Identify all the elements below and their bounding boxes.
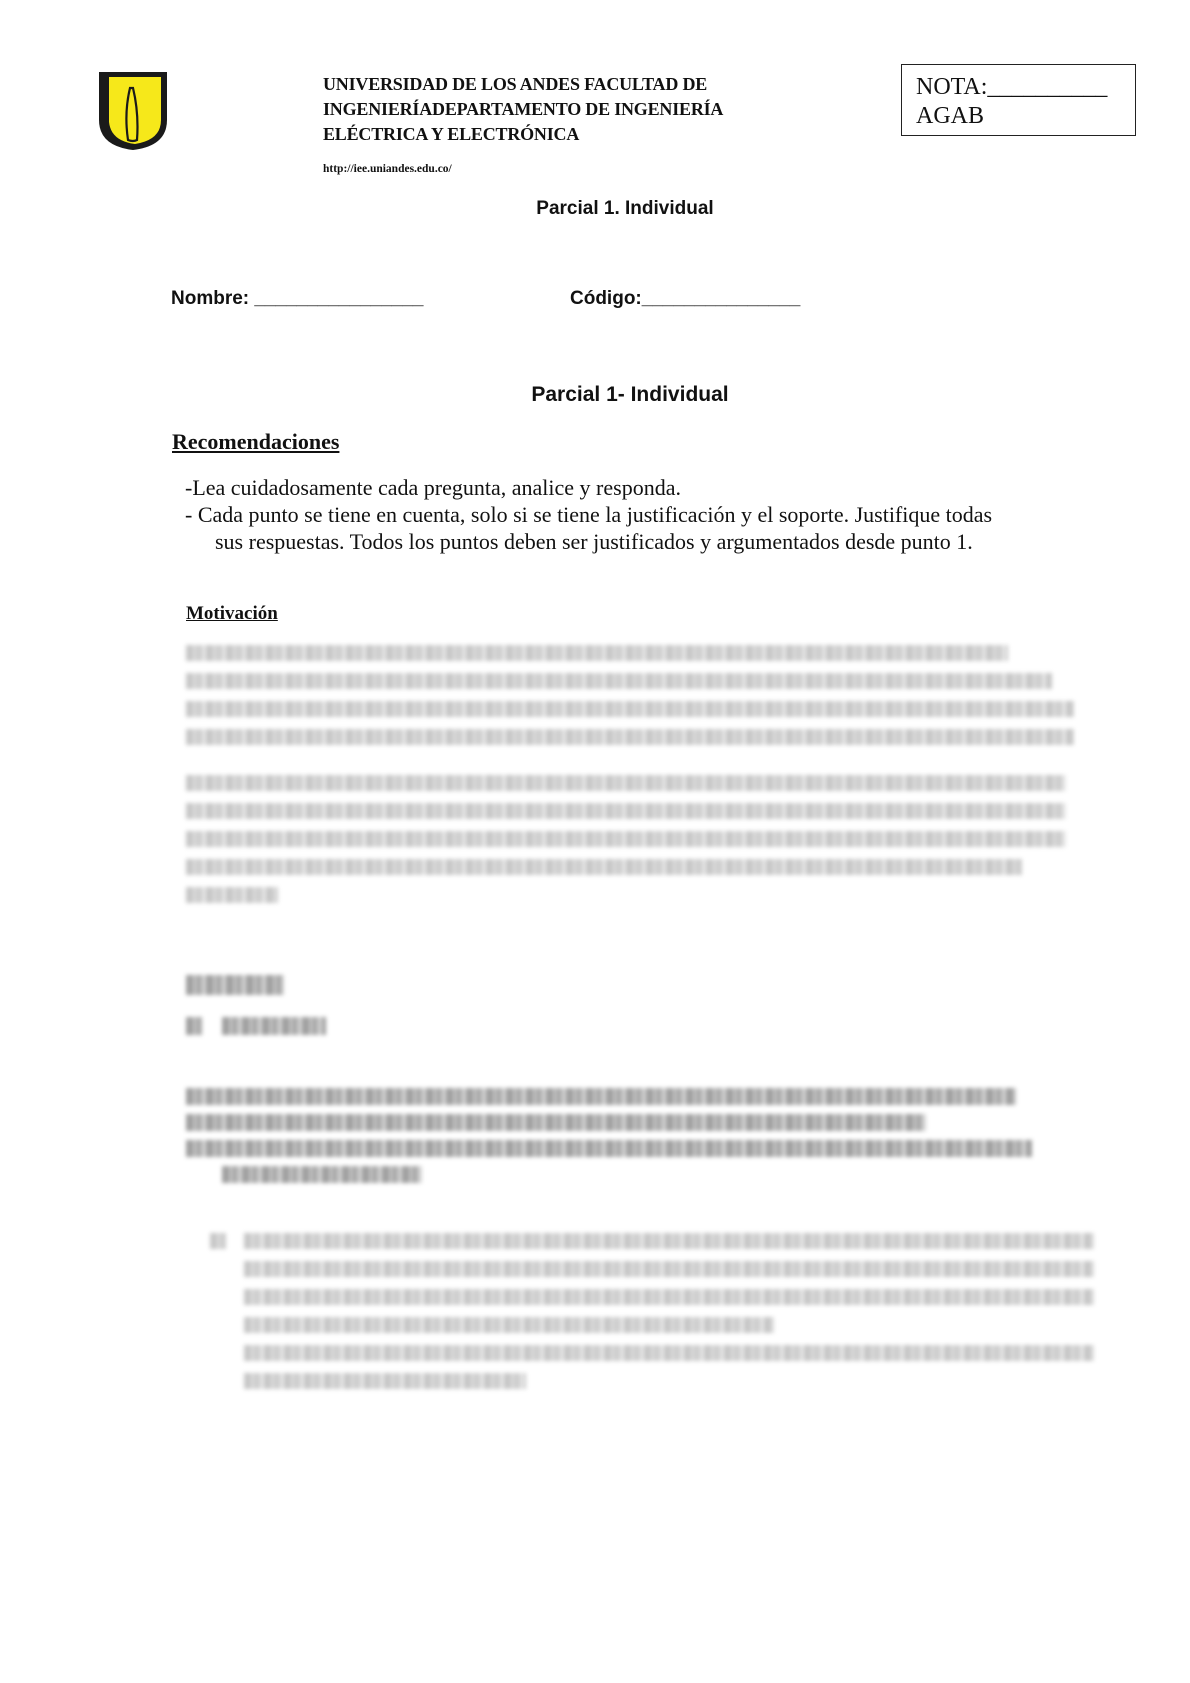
institution-line: UNIVERSIDAD DE LOS ANDES FACULTAD DE	[323, 72, 793, 97]
exam-title-top: Parcial 1. Individual	[0, 198, 1190, 220]
institution-header: UNIVERSIDAD DE LOS ANDES FACULTAD DE ING…	[323, 72, 793, 147]
recommendations-list: -Lea cuidadosamente cada pregunta, anali…	[185, 474, 1095, 555]
name-field: Nombre: ________________	[171, 288, 423, 310]
grade-value: AGAB	[916, 102, 1135, 131]
recommendations-heading: Recomendaciones	[172, 429, 339, 455]
university-shield-logo-icon	[97, 68, 169, 152]
motivation-heading: Motivación	[186, 603, 278, 625]
grade-label: NOTA:__________	[916, 73, 1135, 102]
institution-line: INGENIERÍADEPARTAMENTO DE INGENIERÍA	[323, 97, 793, 122]
department-url[interactable]: http://iee.uniandes.edu.co/	[323, 163, 452, 175]
institution-line: ELÉCTRICA Y ELECTRÓNICA	[323, 122, 793, 147]
recommendation-item: -Lea cuidadosamente cada pregunta, anali…	[185, 474, 1095, 501]
recommendation-item: - Cada punto se tiene en cuenta, solo si…	[185, 501, 1095, 528]
recommendation-item-continuation: sus respuestas. Todos los puntos deben s…	[185, 528, 1095, 555]
grade-box: NOTA:__________ AGAB	[901, 64, 1136, 136]
exam-title-main: Parcial 1- Individual	[0, 383, 1190, 407]
code-field: Código:_______________	[570, 288, 800, 310]
